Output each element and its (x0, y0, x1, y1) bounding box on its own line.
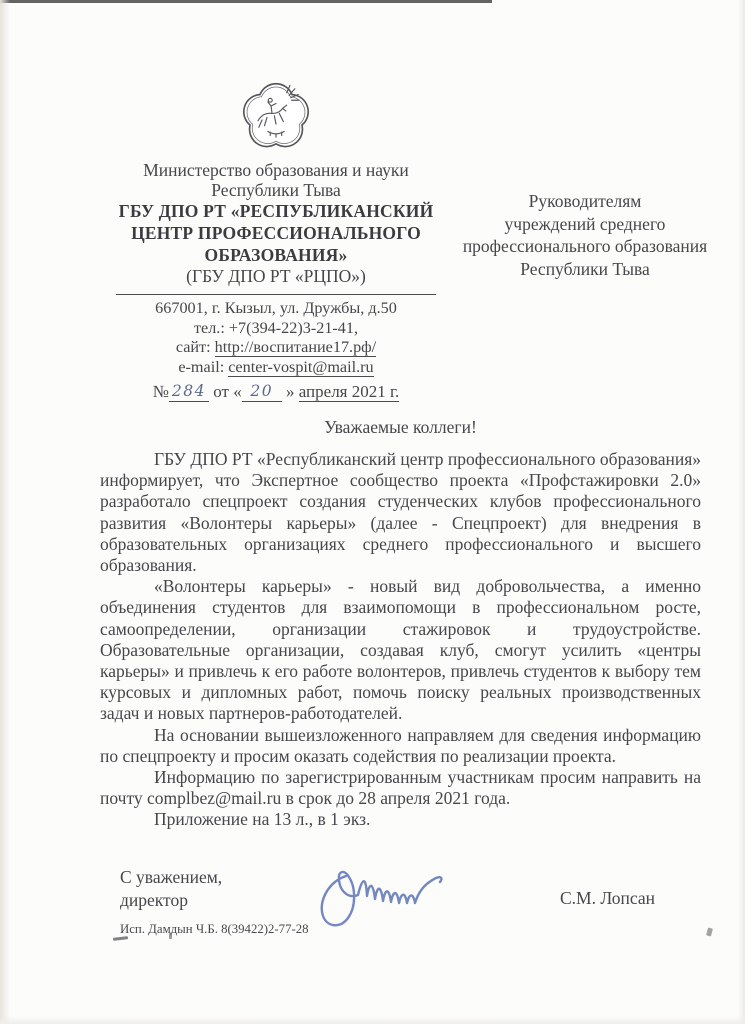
scan-speck (169, 933, 172, 939)
executor-line: Исп. Дамдын Ч.Б. 8(39422)2-77-28 (120, 922, 309, 937)
paragraph: Приложение на 13 л., в 1 экз. (100, 809, 701, 830)
scan-edge-bottom (0, 1016, 745, 1024)
salutation: Уважаемые коллеги! (100, 417, 701, 438)
scan-edge-left (0, 0, 10, 1024)
paragraph: На основании вышеизложенного направляем … (100, 725, 701, 767)
email-line: e-mail: center-vospit@mail.ru (98, 358, 454, 378)
address-line: 667001, г. Кызыл, ул. Дружбы, д.50 (98, 299, 454, 319)
recipient-block: Руководителям учреждений среднего профес… (452, 190, 718, 280)
recipient-line: учреждений среднего (452, 213, 718, 236)
signature-icon (312, 850, 527, 945)
scan-edge-right (738, 0, 745, 1024)
email-value: center-vospit@mail.ru (228, 358, 373, 377)
ministry-line-2: Республики Тыва (98, 180, 454, 200)
phone-line: тел.: +7(394-22)3-21-41, (98, 319, 454, 339)
site-url: http://воспитание17.рф/ (215, 338, 377, 357)
scanned-letter-page: Министерство образования и науки Республ… (0, 0, 745, 1024)
tyva-emblem-icon (233, 74, 319, 156)
site-label: сайт: (176, 338, 211, 356)
scan-speck (113, 936, 128, 941)
contacts-block: 667001, г. Кызыл, ул. Дружбы, д.50 тел.:… (98, 299, 454, 377)
paragraph: ГБУ ДПО РТ «Республиканский центр профес… (100, 449, 701, 576)
recipient-line: профессионального образования (452, 235, 718, 258)
recipient-line: Руководителям (452, 190, 718, 213)
letterhead-divider (116, 294, 436, 295)
paragraph: Информацию по зарегистрированным участни… (100, 767, 701, 809)
doc-day-handwritten: 20 (250, 382, 273, 400)
doc-number-handwritten: 284 (172, 382, 206, 400)
signature-area (312, 850, 527, 945)
doc-date: апреля 2021 г. (299, 382, 400, 402)
org-short-name: (ГБУ ДПО РТ «РЦПО») (98, 266, 454, 287)
signer-name: С.М. Лопсан (560, 888, 690, 909)
closing-block: С уважением, директор (120, 866, 222, 912)
scan-speck (706, 927, 713, 936)
scan-edge-top (0, 0, 492, 3)
close-quote: » (286, 382, 295, 401)
ot-text: от « (213, 382, 241, 401)
doc-number-line: №284 от «20 » апреля 2021 г. (98, 382, 454, 403)
closing-line-1: С уважением, (120, 866, 222, 889)
letter-body: ГБУ ДПО РТ «Республиканский центр профес… (100, 449, 701, 831)
ministry-line-1: Министерство образования и науки (98, 160, 454, 180)
site-line: сайт: http://воспитание17.рф/ (98, 338, 454, 358)
paragraph: «Волонтеры карьеры» - новый вид добровол… (100, 576, 701, 724)
number-sign: № (153, 382, 169, 401)
recipient-line: Республики Тыва (452, 258, 718, 281)
email-label: e-mail: (178, 358, 224, 376)
org-name-line-3: ОБРАЗОВАНИЯ» (98, 244, 454, 266)
letterhead: Министерство образования и науки Республ… (98, 74, 454, 403)
closing-line-2: директор (120, 889, 222, 912)
org-name-line-2: ЦЕНТР ПРОФЕССИОНАЛЬНОГО (98, 222, 454, 244)
org-name-line-1: ГБУ ДПО РТ «РЕСПУБЛИКАНСКИЙ (98, 200, 454, 222)
